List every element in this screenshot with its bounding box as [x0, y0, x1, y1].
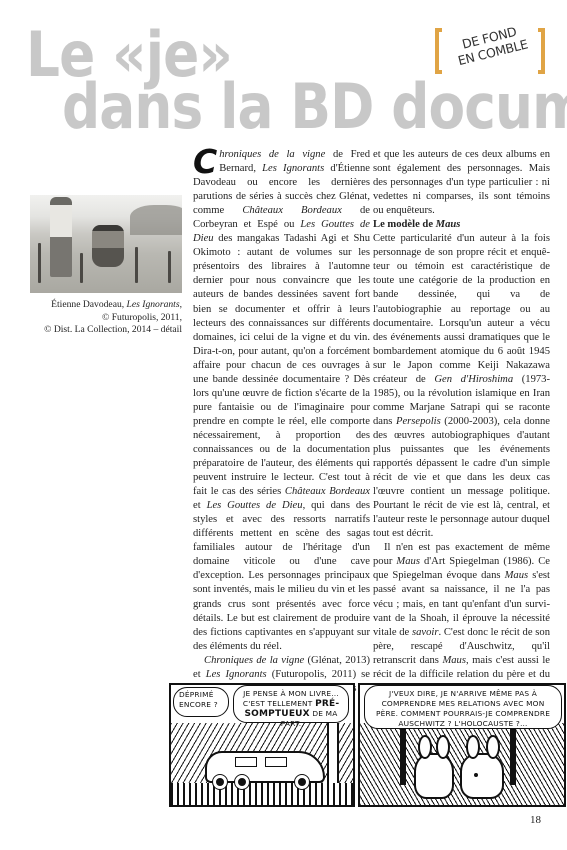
- illustration-caption: Étienne Davodeau, Les Ignorants, © Futur…: [20, 299, 182, 337]
- rubric-label: DE FOND EN COMBLE: [445, 20, 538, 70]
- page-title-line-2: dans la BD docume: [62, 76, 567, 138]
- vine-stock-icon: [135, 247, 138, 283]
- window-frame: [510, 723, 516, 785]
- speech-bubble: Je pense à mon livre… c'est tellement pr…: [233, 685, 349, 723]
- mouse-ear: [486, 735, 500, 759]
- right-bracket-icon: [538, 28, 545, 74]
- ground-hatching: [171, 783, 353, 805]
- window-frame: [400, 723, 406, 785]
- car-window: [235, 757, 257, 767]
- car-wheel: [295, 775, 309, 789]
- paragraph: Cette particularité d'un auteur à la foi…: [373, 232, 550, 541]
- article-column-1: Chroniques de la vigne de Fred Bernard, …: [193, 148, 370, 710]
- section-subheading: Le modèle de Maus: [373, 218, 550, 232]
- page-number: 18: [530, 814, 541, 826]
- mouse-ear: [418, 735, 432, 759]
- vine-stock-icon: [80, 253, 83, 283]
- car-wheel: [235, 775, 249, 789]
- car-window: [265, 757, 287, 767]
- paragraph: et que les auteurs de ces deux albums en…: [373, 148, 550, 218]
- vine-stock-icon: [38, 243, 41, 283]
- paragraph: Il n'en est pas exactement de même pour …: [373, 541, 550, 696]
- mouse-character-icon: [460, 753, 504, 799]
- speech-bubble: Déprimé encore ?: [173, 687, 229, 717]
- crouching-figure: [92, 225, 124, 267]
- left-bracket-icon: [435, 28, 442, 74]
- section-rubric: DE FOND EN COMBLE: [435, 22, 545, 76]
- comic-panel-mice: J'veux dire, je n'arrive même pas à comp…: [358, 683, 566, 807]
- mouse-eye: [474, 773, 478, 777]
- mouse-ear: [436, 735, 450, 759]
- paragraph: Chroniques de la vigne de Fred Bernard, …: [193, 148, 370, 654]
- car-wheel: [213, 775, 227, 789]
- mouse-ear: [466, 735, 480, 759]
- car-icon: [205, 751, 325, 783]
- drop-cap: C: [193, 149, 217, 175]
- article-column-2: et que les auteurs de ces deux albums en…: [373, 148, 550, 696]
- tree-line: [130, 205, 182, 235]
- speech-bubble: J'veux dire, je n'arrive même pas à comp…: [364, 685, 562, 729]
- vineyard-illustration: [30, 195, 182, 293]
- comic-panel-car: Déprimé encore ? Je pense à mon livre… c…: [169, 683, 355, 807]
- standing-figure: [50, 197, 72, 277]
- vine-stock-icon: [168, 251, 171, 283]
- mouse-character-icon: [414, 753, 454, 799]
